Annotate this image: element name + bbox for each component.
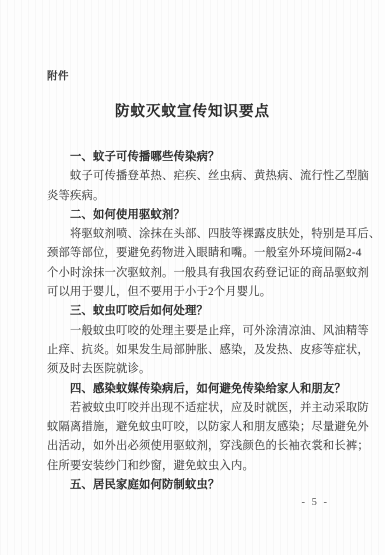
- body-line: 若被蚊虫叮咬并出现不适症状，应及时就医，并主动采取防: [47, 399, 347, 418]
- body-line: 颈部等部位，要避免药物进入眼睛和嘴。一般室外环境间隔2-4: [47, 244, 347, 263]
- page-number: - 5 -: [302, 497, 330, 508]
- body-line: 蚊子可传播登革热、疟疾、丝虫病、黄热病、流行性乙型脑: [47, 167, 347, 186]
- body-line: 止痒、抗炎。如果发生局部肿胀、感染，及发热、皮疹等症状，: [47, 341, 347, 360]
- section-4-heading: 四、感染蚊媒传染病后，如何避免传染给家人和朋友？: [47, 380, 347, 399]
- body-line: 个小时涂抹一次驱蚊剂。一般具有我国农药登记证的商品驱蚊剂: [47, 264, 347, 283]
- section-1-heading: 一、蚊子可传播哪些传染病？: [47, 148, 347, 167]
- body-line: 炎等疾病。: [47, 187, 347, 206]
- document-body: 一、蚊子可传播哪些传染病？ 蚊子可传播登革热、疟疾、丝虫病、黄热病、流行性乙型脑…: [47, 148, 347, 495]
- section-5-heading: 五、居民家庭如何防制蚊虫？: [47, 476, 347, 495]
- body-line: 住所要安装纱门和纱窗，避免蚊虫入内。: [47, 457, 347, 476]
- body-line: 须及时去医院就诊。: [47, 360, 347, 379]
- body-line: 将驱蚊剂喷、涂抹在头部、四肢等裸露皮肤处，特别是耳后、: [47, 225, 347, 244]
- page-title: 防蚊灭蚊宣传知识要点: [0, 100, 385, 121]
- section-2-heading: 二、如何使用驱蚊剂？: [47, 206, 347, 225]
- body-line: 蚊隔离措施，避免蚊虫叮咬，以防家人和朋友感染；尽量避免外: [47, 418, 347, 437]
- document-page: 附件 防蚊灭蚊宣传知识要点 一、蚊子可传播哪些传染病？ 蚊子可传播登革热、疟疾、…: [0, 0, 385, 555]
- body-line: 出活动，如外出必须使用驱蚊剂，穿浅颜色的长袖衣裳和长裤；: [47, 437, 347, 456]
- body-line: 一般蚊虫叮咬的处理主要是止痒，可外涂清凉油、风油精等: [47, 322, 347, 341]
- body-line: 可以用于婴儿，但不要用于小于2个月婴儿。: [47, 283, 347, 302]
- section-3-heading: 三、蚊虫叮咬后如何处理？: [47, 302, 347, 321]
- attachment-label: 附件: [47, 68, 69, 83]
